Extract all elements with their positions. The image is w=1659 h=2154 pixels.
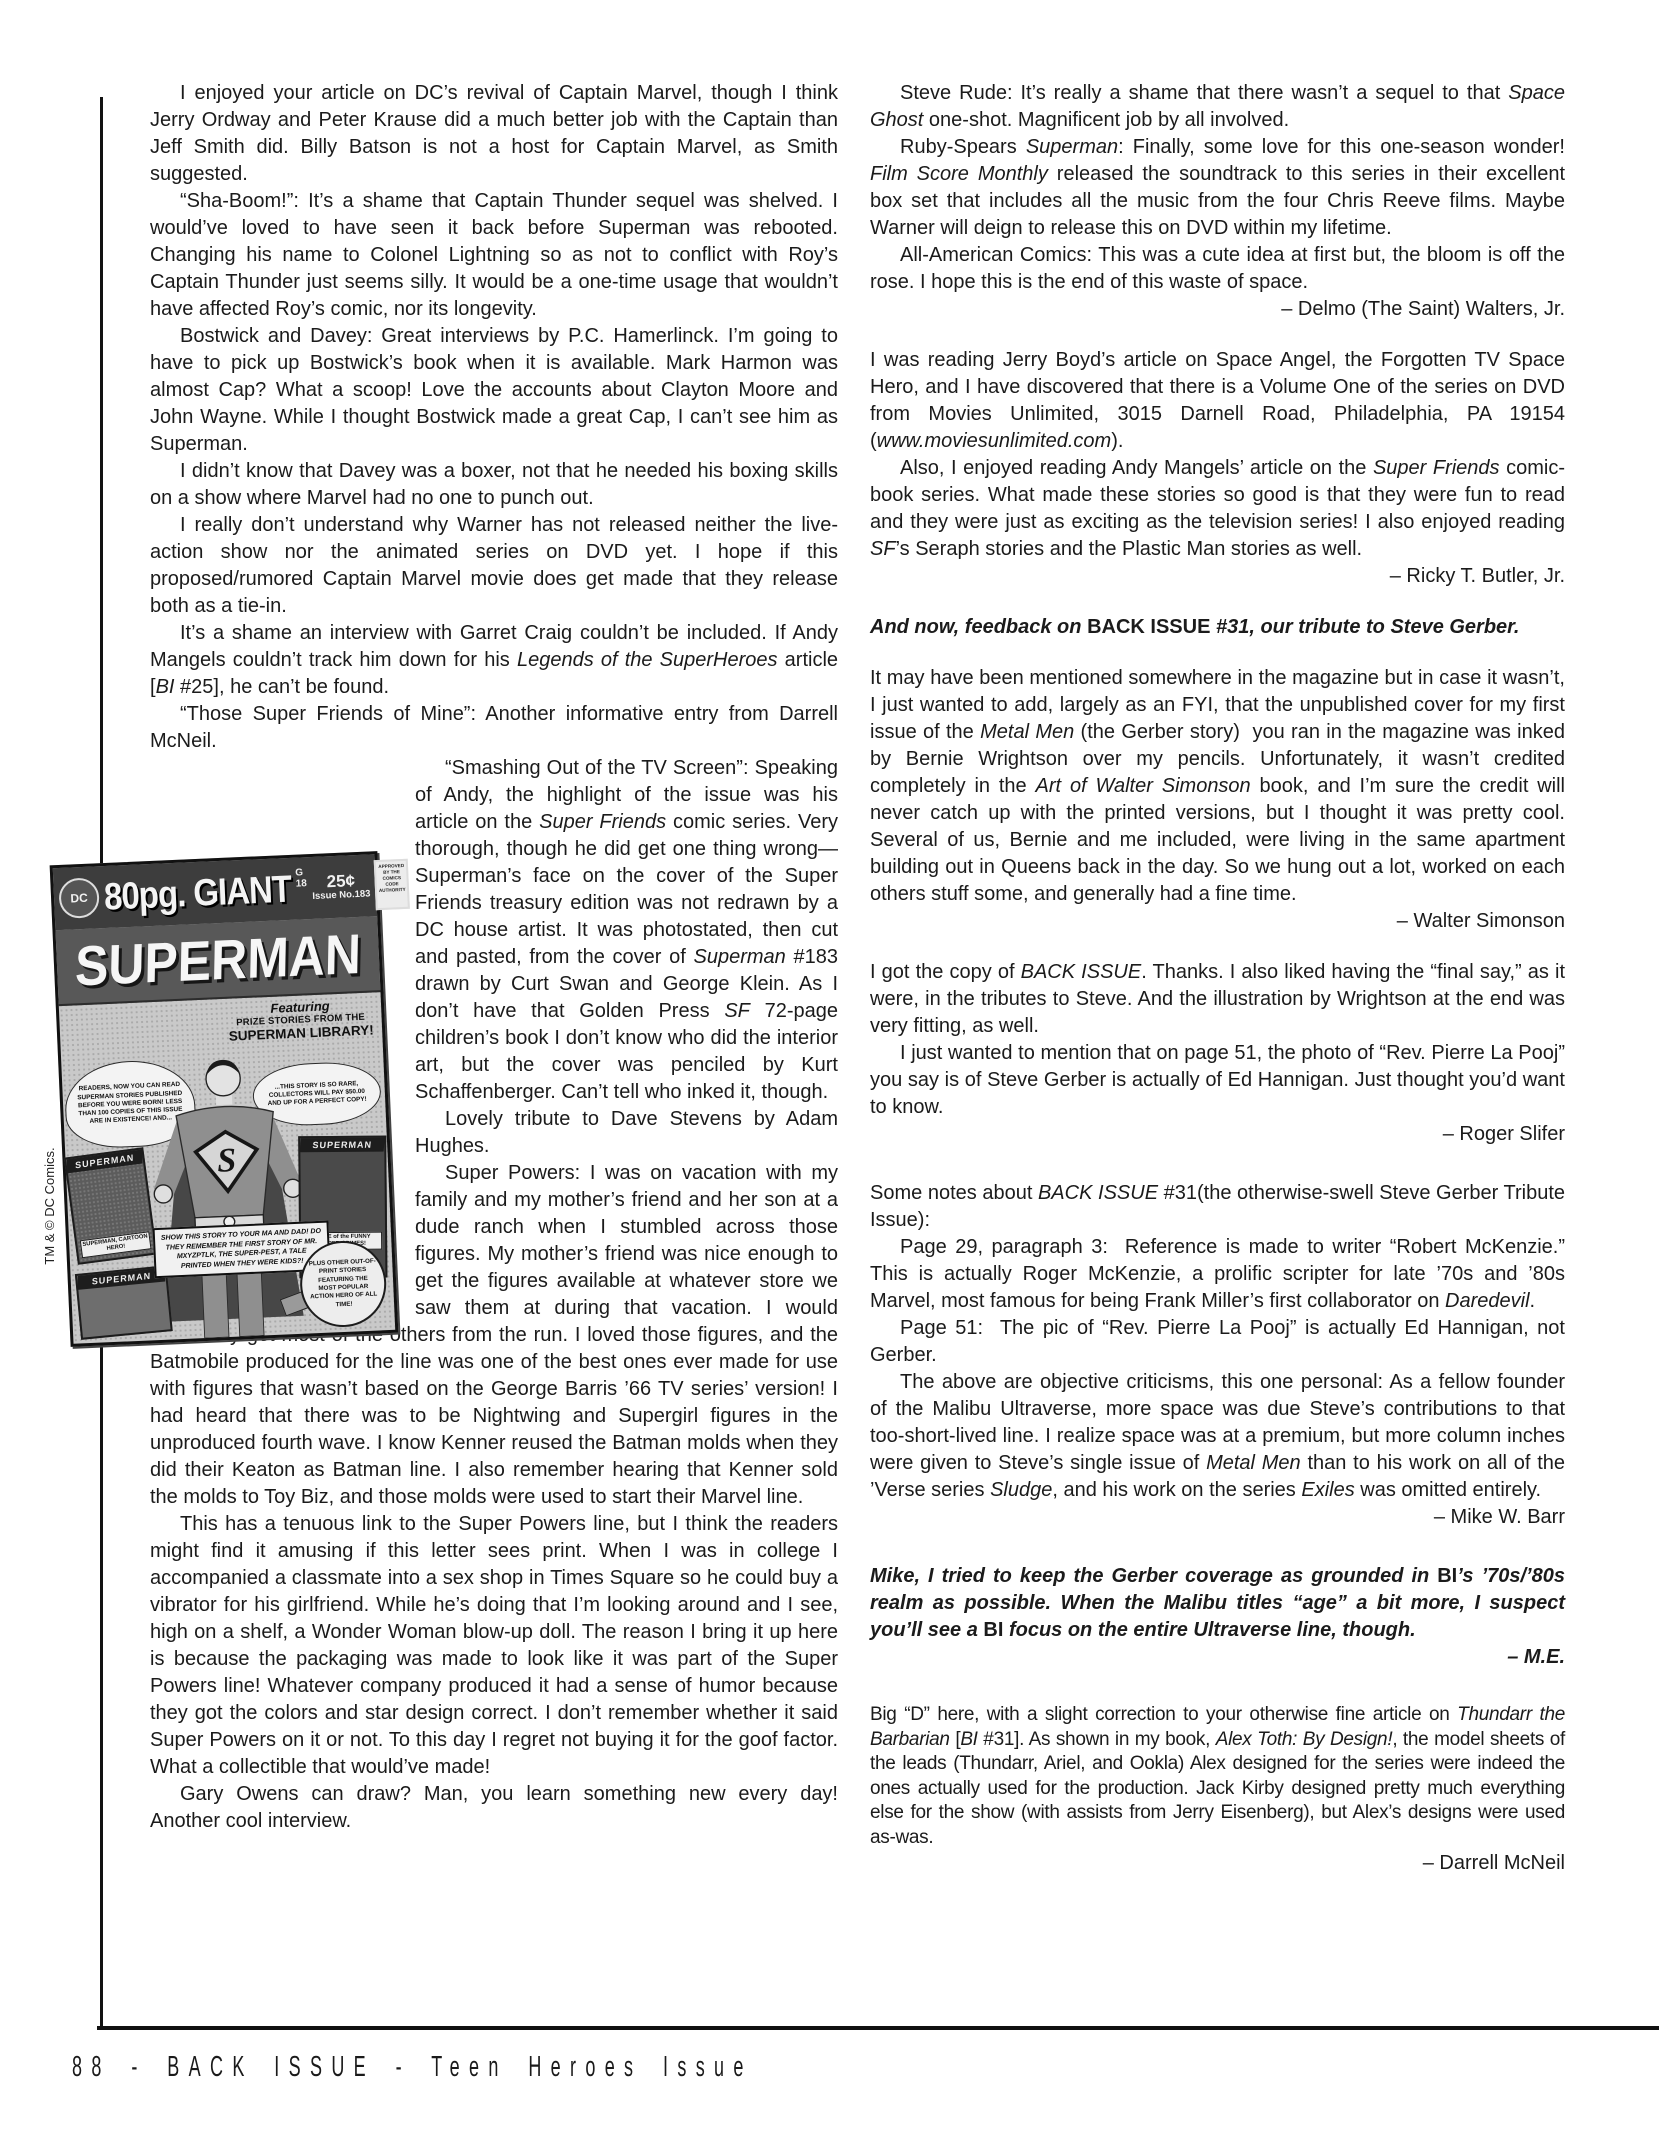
letter-paragraph: And now, feedback on BACK ISSUE #31, our… [870,614,1565,641]
mini-cover-left: SUPERMAN SUPERMAN, CARTOON HERO! [64,1147,157,1265]
mini-cover-right-logo: SUPERMAN [300,1138,385,1153]
letter-paragraph: Mike, I tried to keep the Gerber coverag… [870,1563,1565,1644]
letter-paragraph: It may have been mentioned somewhere in … [870,665,1565,908]
letter-signature: – M.E. [870,1644,1565,1671]
letter-paragraph: I didn’t know that Davey was a boxer, no… [150,458,838,512]
letter-paragraph: All-American Comics: This was a cute ide… [870,242,1565,296]
cover-featuring-block: Featuring PRIZE STORIES FROM THE SUPERMA… [224,996,378,1044]
letter-paragraph: Also, I enjoyed reading Andy Mangels’ ar… [870,455,1565,563]
letter-signature: – Ricky T. Butler, Jr. [870,563,1565,590]
comics-code-stamp: APPROVED BY THE COMICS CODE AUTHORITY [374,859,410,910]
letter-paragraph: Steve Rude: It’s really a shame that the… [870,80,1565,134]
letter-paragraph: I enjoyed your article on DC’s revival o… [150,80,838,188]
page-footer: 88 - BACK ISSUE - Teen Heroes Issue [72,2051,753,2084]
cover-title: SUPERMAN [74,921,361,999]
comic-cover: DC 80pg. GIANT G 18 25¢ Issue No.183 APP… [50,851,399,1347]
mini-cover-left-logo: SUPERMAN [67,1149,143,1173]
svg-text:S: S [216,1142,237,1180]
letter-paragraph: It’s a shame an interview with Garret Cr… [150,620,838,701]
cover-issue-number: Issue No.183 [312,889,370,901]
letter-paragraph: Some notes about BACK ISSUE #31(the othe… [870,1180,1565,1234]
letter-paragraph: Big “D” here, with a slight correction t… [870,1703,1565,1850]
cover-banner: 80pg. GIANT [103,867,292,919]
magazine-page: I enjoyed your article on DC’s revival o… [0,0,1659,2154]
letter-paragraph: The above are objective criticisms, this… [870,1369,1565,1504]
cover-title-band: SUPERMAN [55,916,380,1006]
letter-paragraph: This has a tenuous link to the Super Pow… [150,1511,838,1781]
letter-signature: – Darrell McNeil [870,1850,1565,1877]
letter-paragraph: Page 51: The pic of “Rev. Pierre La Pooj… [870,1315,1565,1369]
cover-price-block: 25¢ Issue No.183 [311,872,370,902]
letter-paragraph: I got the copy of BACK ISSUE. Thanks. I … [870,959,1565,1040]
letter-paragraph: Page 29, paragraph 3: Reference is made … [870,1234,1565,1315]
dc-logo-icon: DC [58,877,100,919]
letter-signature: – Mike W. Barr [870,1504,1565,1531]
letter-paragraph: Bostwick and Davey: Great interviews by … [150,323,838,458]
letter-paragraph: Gary Owens can draw? Man, you learn some… [150,1781,838,1835]
letter-paragraph: “Sha-Boom!”: It’s a shame that Captain T… [150,188,838,323]
left-column-top-text: I enjoyed your article on DC’s revival o… [150,80,838,755]
cover-banner-code: G 18 [295,867,307,889]
right-column: Steve Rude: It’s really a shame that the… [870,80,1565,1877]
letter-paragraph: “Those Super Friends of Mine”: Another i… [150,701,838,755]
right-column-text: Steve Rude: It’s really a shame that the… [870,80,1565,1877]
letter-paragraph: I was reading Jerry Boyd’s article on Sp… [870,347,1565,455]
mini-cover-bottom-logo: SUPERMAN [78,1267,166,1290]
letter-signature: – Delmo (The Saint) Walters, Jr. [870,296,1565,323]
letter-paragraph: Ruby-Spears Superman: Finally, some love… [870,134,1565,242]
letter-paragraph: I really don’t understand why Warner has… [150,512,838,620]
bottom-border-rule [97,2026,1659,2030]
letter-signature: – Walter Simonson [870,908,1565,935]
mini-cover-left-caption: SUPERMAN, CARTOON HERO! [80,1231,152,1258]
letter-signature: – Roger Slifer [870,1121,1565,1148]
dc-trademark-credit: TM & © DC Comics. [42,1081,62,1331]
letter-paragraph: I just wanted to mention that on page 51… [870,1040,1565,1121]
